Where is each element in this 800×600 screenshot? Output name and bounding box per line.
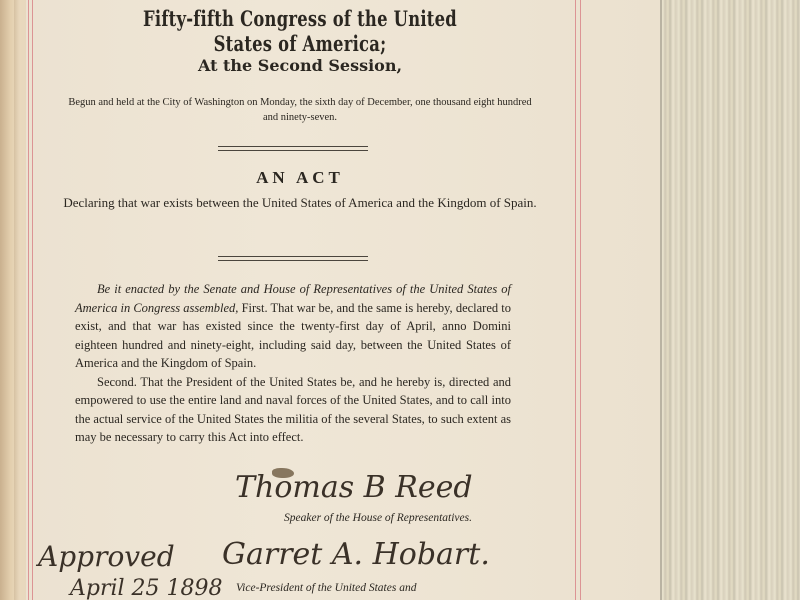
act-title: AN ACT xyxy=(60,168,540,188)
approved-note: Approved xyxy=(38,540,175,573)
second-section: Second. That the President of the United… xyxy=(75,373,511,447)
right-margin-rule xyxy=(575,0,576,600)
page-stack-edges xyxy=(660,0,800,600)
vp-signature: Garret A. Hobart. xyxy=(222,537,490,572)
right-margin-rule-inner xyxy=(580,0,581,600)
act-body: Be it enacted by the Senate and House of… xyxy=(75,280,511,447)
speaker-signature: Thomas B Reed xyxy=(235,470,473,505)
act-description: Declaring that war exists between the Un… xyxy=(60,193,540,213)
convened-statement: Begun and held at the City of Washington… xyxy=(60,95,540,125)
upper-double-rule xyxy=(218,146,368,151)
lower-double-rule xyxy=(218,256,368,261)
spine-shadow xyxy=(14,0,20,600)
approved-date: April 25 1898 xyxy=(70,576,223,600)
session-heading: At the Second Session, xyxy=(60,56,540,75)
vp-title: Vice-President of the United States and xyxy=(236,582,416,594)
first-section: Be it enacted by the Senate and House of… xyxy=(75,280,511,373)
left-margin-rule xyxy=(28,0,29,600)
speaker-title: Speaker of the House of Representatives. xyxy=(284,512,472,524)
congress-heading: Fifty-fifth Congress of the United State… xyxy=(113,6,487,56)
book-spine xyxy=(0,0,26,600)
left-margin-rule-inner xyxy=(32,0,33,600)
